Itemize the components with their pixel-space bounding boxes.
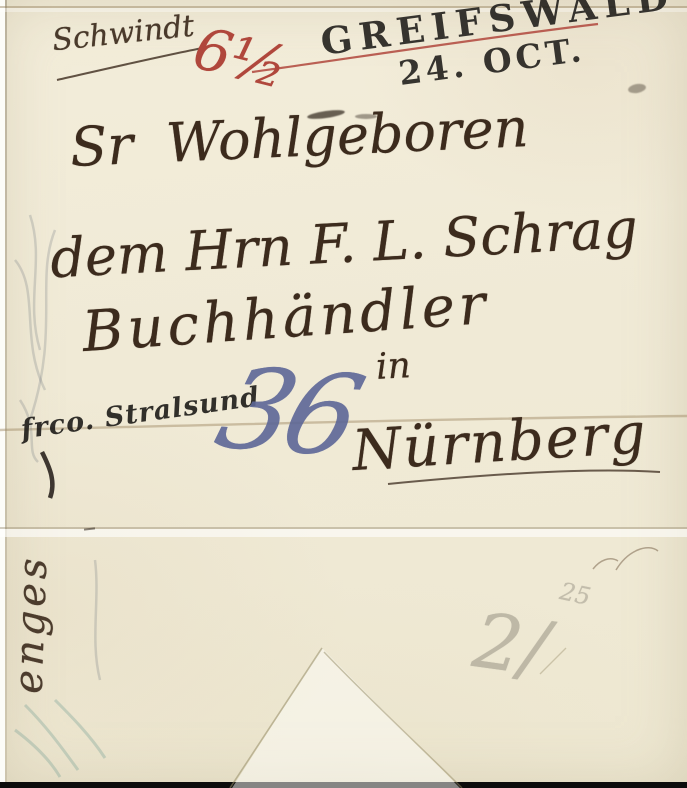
pencil-mark-large: 2/ xyxy=(468,595,554,693)
pencil-mark-small: 25 xyxy=(557,577,593,611)
letter-scan: Schwindt 6½ GREIFSWALD 24. OCT. Sr Wohlg… xyxy=(0,0,687,788)
ink-slash-mark xyxy=(42,452,52,498)
teal-scribbles xyxy=(15,700,105,777)
ink-smudge-above-address-2 xyxy=(355,114,377,119)
address-in-word: in xyxy=(375,345,412,388)
faint-pen-curls xyxy=(593,548,658,570)
vertical-edge-handwriting: enges xyxy=(5,538,55,709)
envelope-flap-triangle xyxy=(232,648,460,788)
